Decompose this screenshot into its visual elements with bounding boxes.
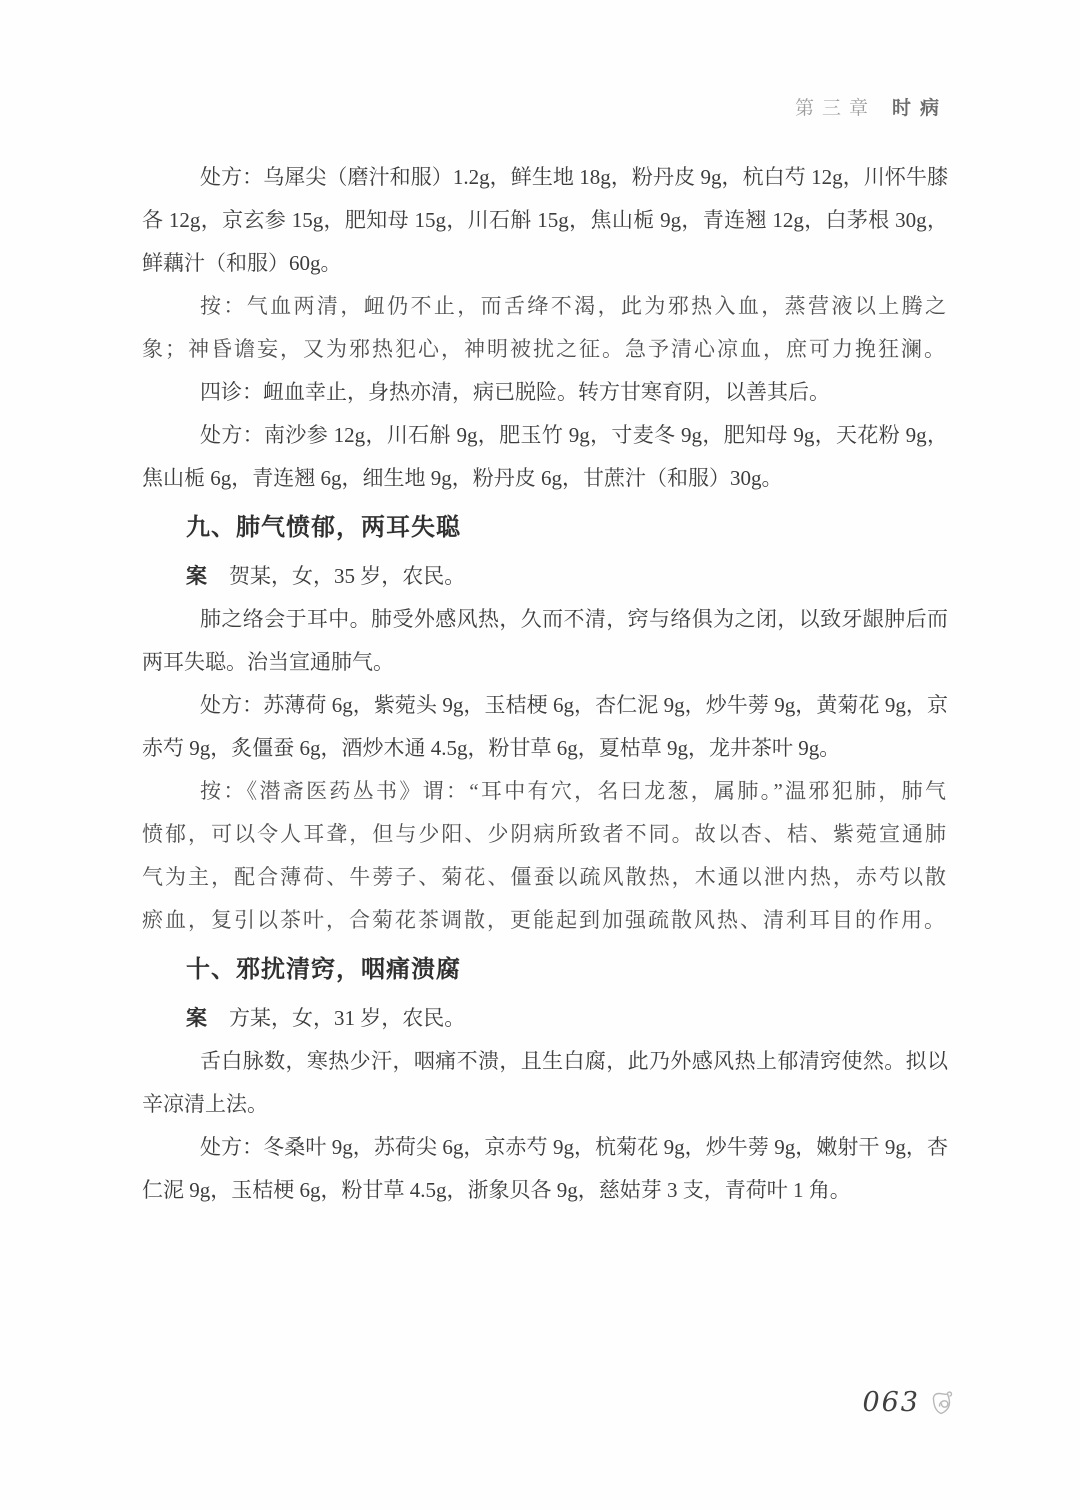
case-text: 贺某，女，35 岁，农民。 [229, 564, 465, 588]
case-line: 案方某，女，31 岁，农民。 [142, 997, 948, 1040]
case-line: 案贺某，女，35 岁，农民。 [142, 555, 948, 598]
case-text: 方某，女，31 岁，农民。 [229, 1006, 465, 1030]
body-paragraph: 舌白脉数，寒热少汗，咽痛不溃，且生白腐，此乃外感风热上郁清窍使然。拟以辛凉清上法… [142, 1040, 948, 1126]
case-label: 案 [186, 1007, 207, 1030]
prescription-paragraph: 处方：南沙参 12g，川石斛 9g，肥玉竹 9g，寸麦冬 9g，肥知母 9g，天… [142, 414, 948, 500]
chapter-title: 时病 [892, 98, 948, 119]
commentary-paragraph: 按：《潜斋医药丛书》谓：“耳中有穴，名曰龙葱，属肺。”温邪犯肺，肺气愤郁，可以令… [142, 770, 948, 942]
visit-note-paragraph: 四诊：衄血幸止，身热亦清，病已脱险。转方甘寒育阴，以善其后。 [142, 371, 948, 414]
book-page: 第三章时病 处方：乌犀尖（磨汁和服）1.2g，鲜生地 18g，粉丹皮 9g，杭白… [0, 0, 1080, 1510]
case-label: 案 [186, 565, 207, 588]
page-footer: 063 [862, 1388, 954, 1418]
section-heading-ten: 十、邪扰清窍，咽痛溃腐 [142, 954, 948, 986]
prescription-paragraph: 处方：乌犀尖（磨汁和服）1.2g，鲜生地 18g，粉丹皮 9g，杭白芍 12g，… [142, 156, 948, 285]
running-header: 第三章时病 [795, 96, 948, 122]
prescription-paragraph: 处方：冬桑叶 9g，苏荷尖 6g，京赤芍 9g，杭菊花 9g，炒牛蒡 9g，嫩射… [142, 1126, 948, 1212]
page-number: 063 [862, 1388, 920, 1418]
page-content: 处方：乌犀尖（磨汁和服）1.2g，鲜生地 18g，粉丹皮 9g，杭白芍 12g，… [142, 156, 948, 1212]
section-heading-nine: 九、肺气愤郁，两耳失聪 [142, 512, 948, 544]
curl-shield-ornament-icon [929, 1390, 954, 1416]
chapter-label: 第三章 [795, 98, 876, 119]
prescription-paragraph: 处方：苏薄荷 6g，紫菀头 9g，玉桔梗 6g，杏仁泥 9g，炒牛蒡 9g，黄菊… [142, 684, 948, 770]
body-paragraph: 肺之络会于耳中。肺受外感风热，久而不清，窍与络俱为之闭，以致牙龈肿后而两耳失聪。… [142, 598, 948, 684]
commentary-paragraph: 按：气血两清，衄仍不止，而舌绛不渴，此为邪热入血，蒸营液以上腾之象；神昏谵妄，又… [142, 285, 948, 371]
